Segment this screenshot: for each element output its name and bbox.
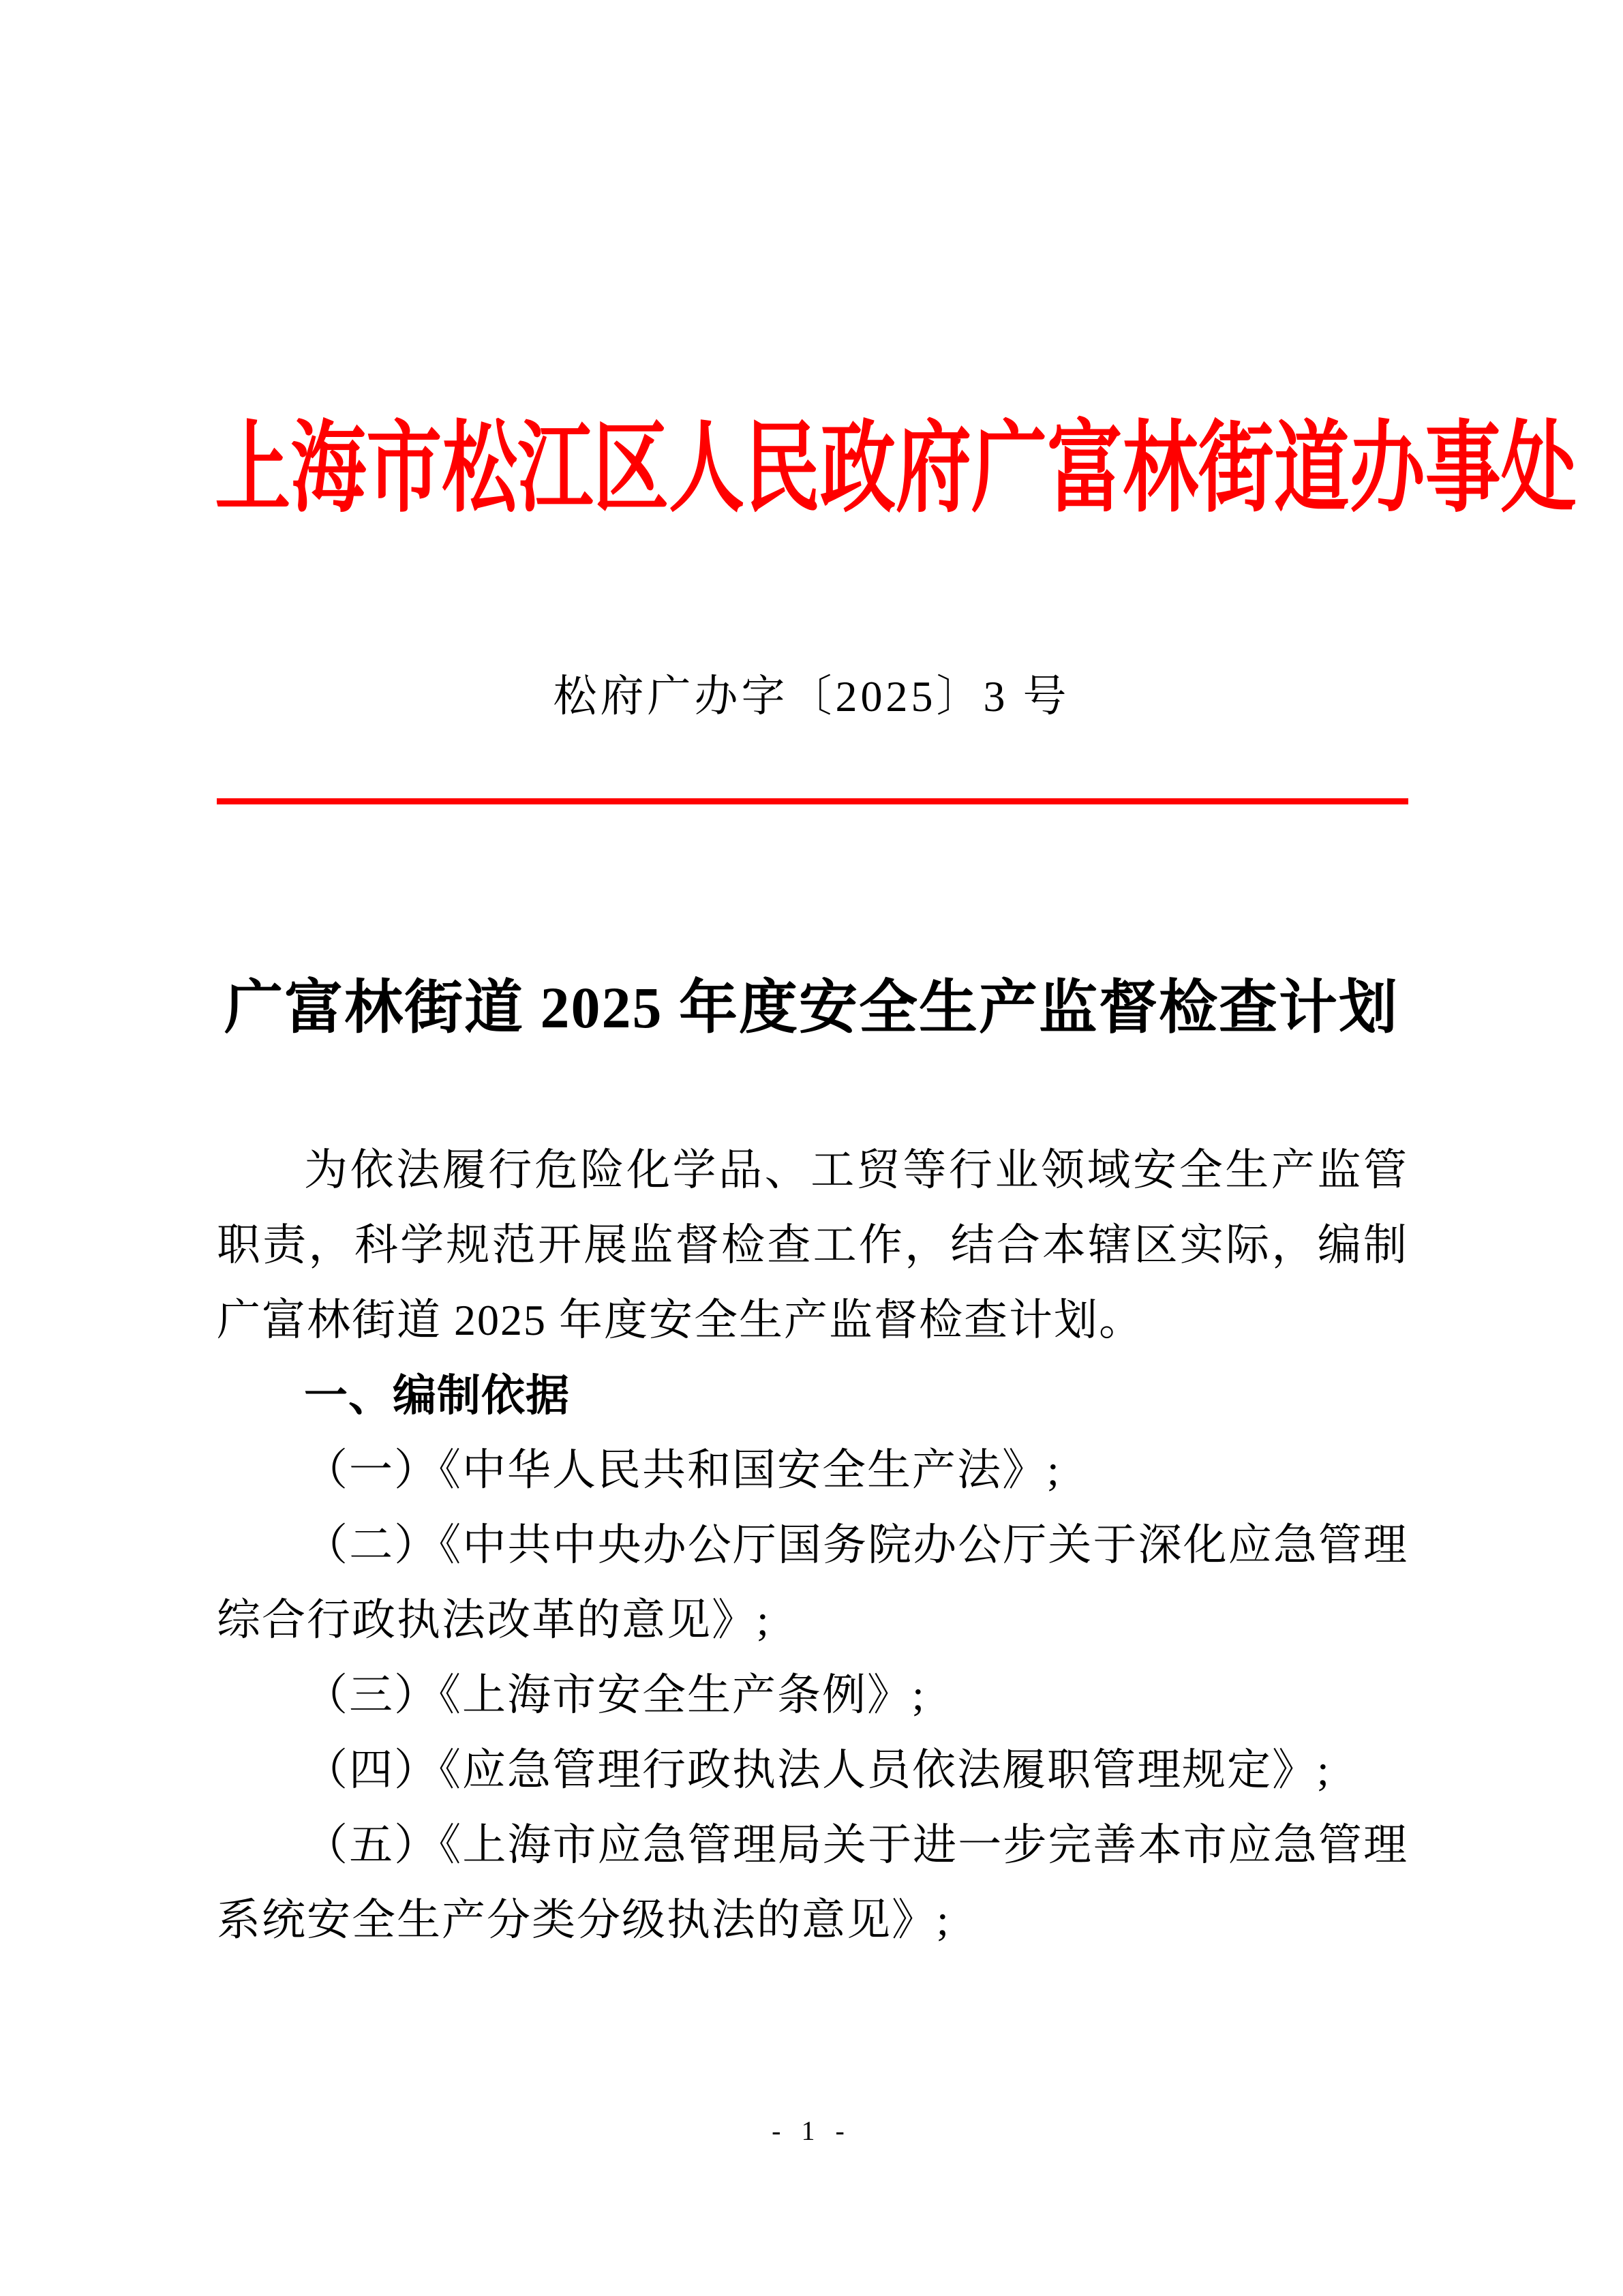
doc-reference-number: 松府广办字〔2025〕3 号: [0, 669, 1623, 724]
legal-item-4: （四）《应急管理行政执法人员依法履职管理规定》;: [217, 1733, 1408, 1808]
section-heading-basis: 一、编制依据: [217, 1358, 1408, 1433]
legal-item-2: （二）《中共中央办公厅国务院办公厅关于深化应急管理综合行政执法改革的意见》;: [217, 1508, 1408, 1658]
document-page: 上海市松江区人民政府广富林街道办事处 松府广办字〔2025〕3 号 广富林街道 …: [0, 0, 1623, 2296]
page-number: - 1 -: [0, 2115, 1623, 2147]
legal-item-5: （五）《上海市应急管理局关于进一步完善本市应急管理系统安全生产分类分级执法的意见…: [217, 1808, 1408, 1958]
body-paragraph-intro: 为依法履行危险化学品、工贸等行业领域安全生产监管职责，科学规范开展监督检查工作，…: [217, 1133, 1408, 1358]
document-title: 广富林街道 2025 年度安全生产监督检查计划: [0, 973, 1623, 1042]
org-letterhead: 上海市松江区人民政府广富林街道办事处: [0, 417, 1623, 521]
org-letterhead-text: 上海市松江区人民政府广富林街道办事处: [215, 417, 1576, 521]
legal-item-3: （三）《上海市安全生产条例》;: [217, 1658, 1408, 1733]
document-body: 为依法履行危险化学品、工贸等行业领域安全生产监管职责，科学规范开展监督检查工作，…: [217, 1133, 1408, 1958]
red-separator-rule: [217, 798, 1408, 804]
legal-item-1: （一）《中华人民共和国安全生产法》;: [217, 1433, 1408, 1508]
